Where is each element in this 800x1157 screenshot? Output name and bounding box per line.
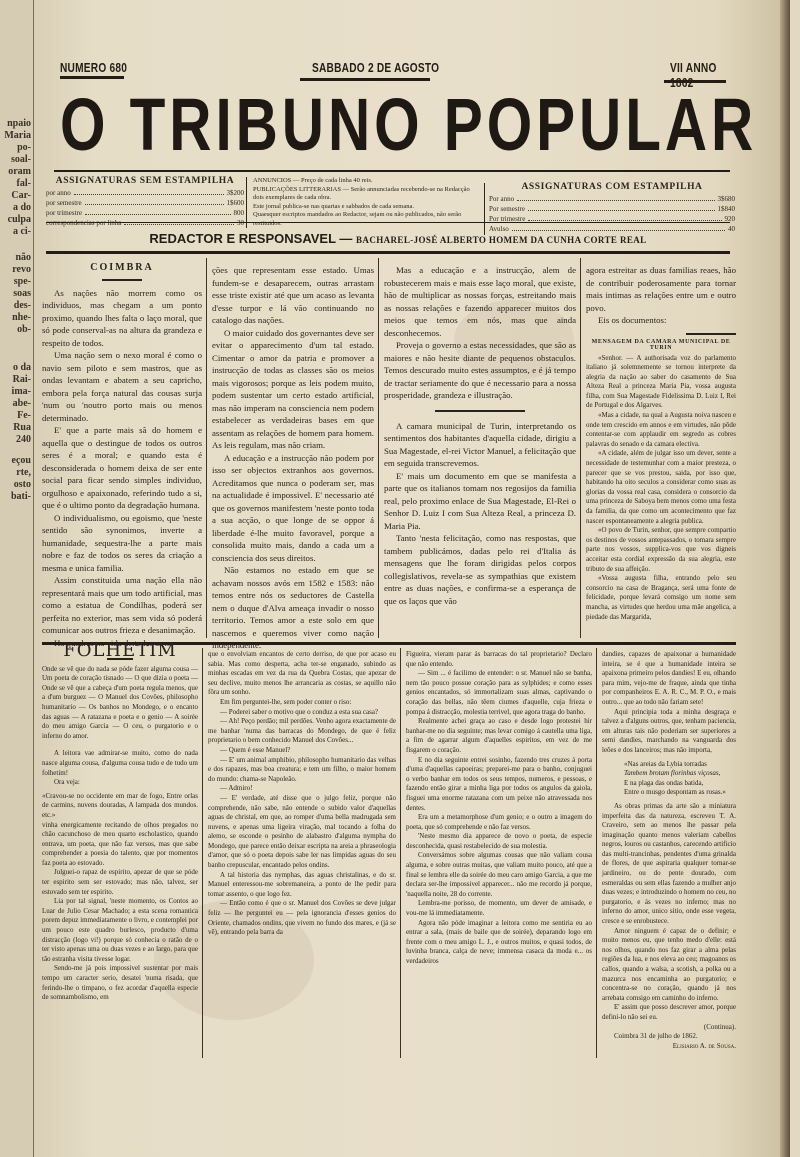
- folhetim-col1: FOLHETIM Onde se vê que do nada se póde …: [42, 646, 198, 1003]
- announcements-block: ANNUNCIOS — Preço de cada linha 40 reis.…: [246, 177, 481, 228]
- article-col3: Mas a educação e a instrucção, alem de r…: [384, 264, 576, 607]
- column-rule: [202, 648, 203, 1058]
- issue-date: SABBADO 2 DE AGOSTO: [312, 60, 439, 75]
- price-row: Por semestre1$840: [489, 205, 735, 215]
- previous-page-strip: npaioMariapo-soal-oramfal-Car-a doculpaa…: [0, 0, 35, 1157]
- divider: [46, 222, 730, 223]
- subscriptions-with-stamp: ASSIGNATURAS COM ESTAMPILHA Por anno3$68…: [484, 183, 735, 235]
- ornament: [435, 410, 525, 412]
- prev-page-fragment: npaioMariapo-soal-oramfal-Car-a doculpaa…: [4, 118, 31, 238]
- price-row: por semestre1$600: [46, 199, 244, 209]
- column-rule: [596, 648, 597, 1058]
- ornament: [686, 333, 736, 335]
- price-row: correspondencias por linha30: [46, 219, 244, 229]
- editor-line: REDACTOR E RESPONSAVEL — BACHAREL-JOSÉ A…: [60, 231, 736, 246]
- folhetim-summary: Onde se vê que do nada se póde fazer alg…: [42, 665, 198, 742]
- newspaper-title: O TRIBUNO POPULAR: [60, 86, 594, 164]
- subscriptions-heading: ASSIGNATURAS COM ESTAMPILHA: [489, 183, 735, 192]
- editor-label: REDACTOR E RESPONSAVEL —: [149, 231, 352, 246]
- divider: [54, 170, 730, 172]
- column-rule: [378, 258, 379, 638]
- article-coimbra-col2: ções que representam esse estado. Umas f…: [212, 264, 374, 652]
- price-row: Por anno3$680: [489, 195, 735, 205]
- folhetim-col2: que o envolviam encantos de certo derris…: [208, 650, 396, 938]
- article-coimbra-col1: COIMBRA As nações não morrem como os ind…: [42, 262, 202, 649]
- price-row: por trimestre800: [46, 209, 244, 219]
- folhetim-heading: FOLHETIM: [42, 646, 198, 656]
- article-heading: COIMBRA: [42, 262, 202, 275]
- price-row: por anno3$200: [46, 189, 244, 199]
- dateline: Coimbra 31 de julho de 1862.: [602, 1032, 736, 1042]
- column-rule: [206, 258, 207, 638]
- page-edge-shadow: [780, 0, 790, 1157]
- message-heading: MENSAGEM DA CAMARA MUNICIPAL DE TURIN: [586, 339, 736, 351]
- editor-name: BACHAREL-JOSÉ ALBERTO HOMEM DA CUNHA COR…: [356, 235, 647, 245]
- prev-page-fragment: nãorevospe-soasdes-nhe-ob-: [12, 252, 31, 336]
- continued-note: (Continua).: [602, 1023, 736, 1033]
- price-row: Por trimestre920: [489, 215, 735, 225]
- folhetim-col4: dandies, capazes de apaixonar a humanida…: [602, 650, 736, 1051]
- divider: [60, 76, 124, 79]
- column-rule: [580, 258, 581, 638]
- article-turin-col4: agora estreitar as duas familias reaes, …: [586, 264, 736, 622]
- folhetim-col3: Figueira, vieram parar ás barracas do ta…: [406, 650, 592, 967]
- column-rule: [400, 648, 401, 1058]
- prev-page-fragment: o daRai-ima-abe-Fe-Rua240: [12, 362, 31, 446]
- newspaper-page: NUMERO 680 SABBADO 2 DE AGOSTO VII ANNO …: [34, 0, 790, 1157]
- prev-page-fragment: eçourte,ostobati-: [11, 455, 31, 503]
- issue-number: NUMERO 680: [60, 60, 127, 75]
- subscriptions-heading: ASSIGNATURAS SEM ESTAMPILHA: [46, 177, 244, 186]
- author-signature: Elisiario A. de Sousa.: [602, 1042, 736, 1052]
- divider: [300, 78, 430, 81]
- newspaper-scan: npaioMariapo-soal-oramfal-Car-a doculpaa…: [0, 0, 800, 1157]
- ornament: [102, 279, 142, 281]
- divider: [46, 251, 730, 254]
